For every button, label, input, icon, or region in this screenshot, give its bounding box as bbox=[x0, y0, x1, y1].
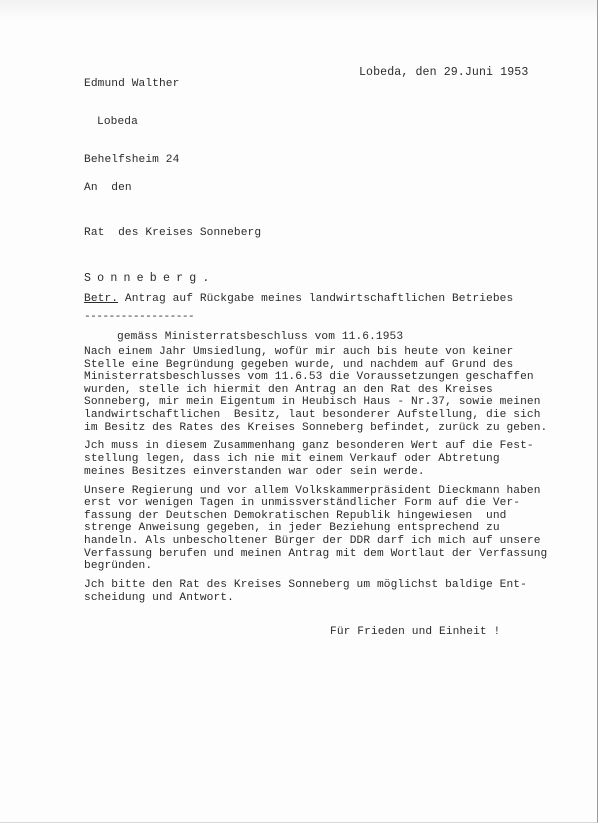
body-line: handeln. Als unbescholtener Bürger der D… bbox=[84, 535, 554, 548]
body-paragraph: Unsere Regierung und vor allem Volkskamm… bbox=[84, 485, 554, 573]
body-paragraph: Nach einem Jahr Umsiedlung, wofür mir au… bbox=[84, 346, 554, 434]
body-line: erst vor wenigen Tagen in unmissverständ… bbox=[84, 497, 554, 510]
body-line: begründen. bbox=[84, 560, 554, 573]
body-line: Jch muss in diesem Zusammenhang ganz bes… bbox=[84, 440, 554, 453]
sender-town: Lobeda bbox=[84, 116, 179, 129]
subject-line-2: gemäss Ministerratsbeschluss vom 11.6.19… bbox=[84, 331, 513, 344]
body-line: strenge Anweisung gegeben, in jeder Bezi… bbox=[84, 522, 554, 535]
body-line: Nach einem Jahr Umsiedlung, wofür mir au… bbox=[84, 346, 554, 359]
recipient-salutation: An den bbox=[84, 182, 261, 202]
body-line: Sonneberg, mir mein Eigentum in Heubisch… bbox=[84, 396, 554, 409]
subject-label: Betr. bbox=[84, 293, 118, 305]
sender-name: Edmund Walther bbox=[84, 78, 179, 91]
letter-page: Edmund Walther Lobeda Behelfsheim 24 Lob… bbox=[0, 0, 598, 823]
body-line: scheidung und Antwort. bbox=[84, 592, 554, 605]
body-line: meines Besitzes einverstanden war oder s… bbox=[84, 466, 554, 479]
body-paragraph: Jch bitte den Rat des Kreises Sonneberg … bbox=[84, 579, 554, 604]
body-line: Unsere Regierung und vor allem Volkskamm… bbox=[84, 485, 554, 498]
subject-line-1: Antrag auf Rückgabe meines landwirtschaf… bbox=[118, 293, 513, 305]
place-date: Lobeda, den 29.Juni 1953 bbox=[359, 67, 528, 80]
body-line: wurden, stelle ich hiermit den Antrag an… bbox=[84, 384, 554, 397]
body-line: Stelle eine Begründung gegeben wurde, un… bbox=[84, 359, 554, 372]
body-line: im Besitz des Rates des Kreises Sonneber… bbox=[84, 422, 554, 435]
body-line: landwirtschaftlichen Besitz, laut besond… bbox=[84, 409, 554, 422]
letter-body: Nach einem Jahr Umsiedlung, wofür mir au… bbox=[84, 346, 554, 610]
body-line: stellung legen, dass ich nie mit einem V… bbox=[84, 453, 554, 466]
body-line: Ministerratsbeschlusses vom 11.6.53 die … bbox=[84, 371, 554, 384]
body-line: Jch bitte den Rat des Kreises Sonneberg … bbox=[84, 579, 554, 592]
body-line: fassung der Deutschen Demokratischen Rep… bbox=[84, 510, 554, 523]
closing: Für Frieden und Einheit ! bbox=[330, 626, 500, 639]
body-line: Verfassung berufen und meinen Antrag mit… bbox=[84, 548, 554, 561]
body-paragraph: Jch muss in diesem Zusammenhang ganz bes… bbox=[84, 440, 554, 478]
recipient-organization: Rat des Kreises Sonneberg bbox=[84, 227, 261, 247]
